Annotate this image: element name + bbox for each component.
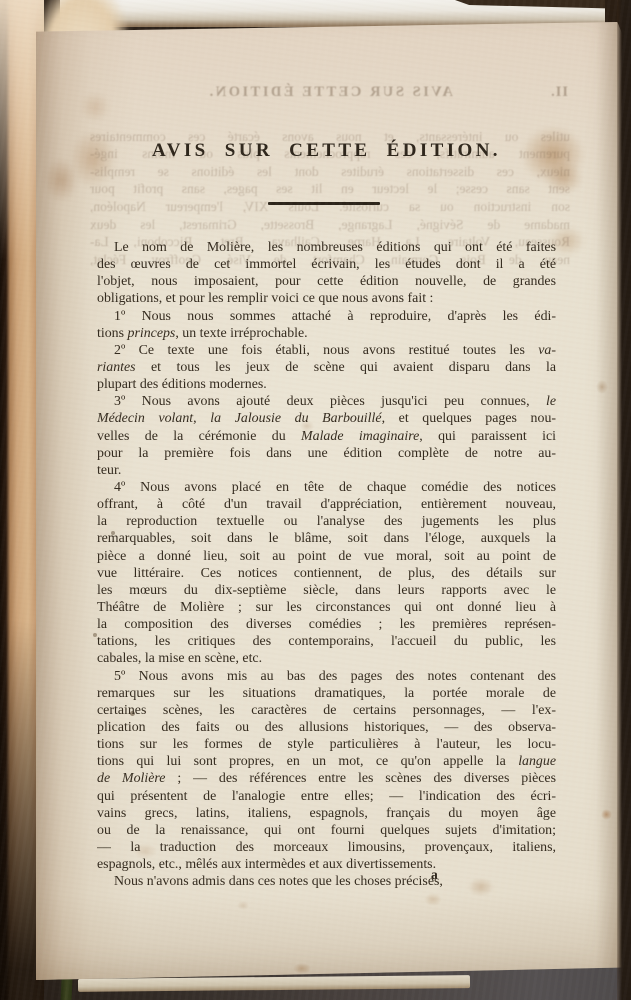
italic-run: de Molière xyxy=(97,771,165,786)
text-line: tions qui lui sont propres, en un mot, c… xyxy=(97,753,556,770)
text-line: l'objet, nous imposaient, pour cette édi… xyxy=(97,273,556,290)
italic-run: princeps xyxy=(128,326,176,341)
text-line: remarques sur les situations dramatiques… xyxy=(97,685,556,702)
text-run: obligations, et pour les remplir voici c… xyxy=(97,291,433,306)
text-line: remarquables, soit dans le blâme, soit d… xyxy=(97,530,556,547)
page-title: AVIS SUR CETTE ÉDITION. xyxy=(97,140,556,162)
italic-run: le xyxy=(546,394,556,409)
italic-run: Malade imaginaire xyxy=(301,429,419,444)
signature-mark: a xyxy=(431,867,438,883)
text-run: 3º Nous avons ajouté deux pièces jusqu'i… xyxy=(114,394,546,409)
text-line: 2º Ce texte une fois établi, nous avons … xyxy=(97,342,556,359)
text-line: — la traduction des morceaux limousins, … xyxy=(97,839,556,856)
text-line: des œuvres de cet immortel écrivain, les… xyxy=(97,256,556,273)
text-run: vue littéraire. Ces notices contiennent,… xyxy=(97,566,556,581)
text-line: vue littéraire. Ces notices contiennent,… xyxy=(97,565,556,582)
italic-run: riantes xyxy=(97,360,136,375)
text-run: offrant, à côté d'un travail d'appréciat… xyxy=(97,497,556,512)
text-line: de Molière ; — des références entre les … xyxy=(97,770,556,787)
text-line: tions sur les formes de style particuliè… xyxy=(97,736,556,753)
text-run: , xyxy=(193,411,210,426)
text-run: certaines scènes, les caractères de cert… xyxy=(97,703,556,718)
text-line: certaines scènes, les caractères de cert… xyxy=(97,702,556,719)
text-line: 4º Nous avons placé en tête de chaque co… xyxy=(97,479,556,496)
text-run: remarquables, soit dans le blâme, soit d… xyxy=(97,531,556,546)
text-line: tions princeps, un texte irréprochable. xyxy=(97,325,556,342)
text-line: tations, les critiques des contemporains… xyxy=(97,633,556,650)
italic-run: langue xyxy=(518,754,556,769)
text-line: riantes et tous les jeux de scène qui av… xyxy=(97,359,556,376)
text-run: des œuvres de cet immortel écrivain, les… xyxy=(97,257,556,272)
text-run: remarques sur les situations dramatiques… xyxy=(97,686,556,701)
text-run: cabales, la mise en scène, etc. xyxy=(97,651,262,666)
text-line: 3º Nous avons ajouté deux pièces jusqu'i… xyxy=(97,393,556,410)
text-run: teur. xyxy=(97,463,121,478)
text-run: , qui paraissent ici xyxy=(419,429,556,444)
text-line: espagnols, etc., mêlés aux intermèdes et… xyxy=(97,856,556,873)
text-run: plication des faits ou des allusions his… xyxy=(97,720,556,735)
text-line: plupart des éditions modernes. xyxy=(97,376,556,393)
text-line: 1º Nous nous sommes attaché à reproduire… xyxy=(97,308,556,325)
text-line: cabales, la mise en scène, etc. xyxy=(97,650,556,667)
text-run: tions xyxy=(97,326,128,341)
text-run: Nous n'avons admis dans ces notes que le… xyxy=(114,874,443,889)
text-run: Le nom de Molière, les nombreuses éditio… xyxy=(114,240,556,255)
text-run: qui présentent de l'analogie entre elles… xyxy=(97,789,556,804)
text-run: la composition des diverses comédies ; l… xyxy=(97,617,556,632)
text-line: 5º Nous avons mis au bas des pages des n… xyxy=(97,668,556,685)
text-run: , et quelques pages nou- xyxy=(382,411,556,426)
text-line: velles de la cérémonie du Malade imagina… xyxy=(97,428,556,445)
section-rule xyxy=(268,202,380,205)
text-line: offrant, à côté d'un travail d'appréciat… xyxy=(97,496,556,513)
text-run: velles de la cérémonie du xyxy=(97,429,301,444)
text-run: 4º Nous avons placé en tête de chaque co… xyxy=(114,480,556,495)
text-run: 5º Nous avons mis au bas des pages des n… xyxy=(114,669,556,684)
italic-run: Médecin volant xyxy=(97,411,193,426)
bookmark-ribbon xyxy=(61,978,73,1000)
text-run: 2º Ce texte une fois établi, nous avons … xyxy=(114,343,538,358)
text-line: obligations, et pour les remplir voici c… xyxy=(97,290,556,307)
text-run: — la traduction des morceaux limousins, … xyxy=(97,840,556,855)
text-line: teur. xyxy=(97,462,556,479)
text-run: espagnols, etc., mêlés aux intermèdes et… xyxy=(97,857,436,872)
cover-right-edge xyxy=(617,0,631,1000)
text-line: les mœurs du dix-septième siècle, dans l… xyxy=(97,582,556,599)
text-run: 1º Nous nous sommes attaché à reproduire… xyxy=(114,309,556,324)
text-run: pour la première fois dans une édition c… xyxy=(97,446,556,461)
italic-run: va- xyxy=(538,343,556,358)
text-run: , un texte irréprochable. xyxy=(175,326,307,341)
text-run: plupart des éditions modernes. xyxy=(97,377,267,392)
text-run: ou de la renaissance, qui ont fourni que… xyxy=(97,823,556,838)
italic-run: la Jalousie du Barbouillé xyxy=(210,411,381,426)
text-run: Théâtre de Molière ; sur les circonstanc… xyxy=(97,600,556,615)
text-line: plication des faits ou des allusions his… xyxy=(97,719,556,736)
text-line: Nous n'avons admis dans ces notes que le… xyxy=(97,873,556,890)
text-line: la reproduction textuelle ou l'analyse d… xyxy=(97,513,556,530)
text-run: les mœurs du dix-septième siècle, dans l… xyxy=(97,583,556,598)
text-run: tations, les critiques des contemporains… xyxy=(97,634,556,649)
text-line: pièce a donné lieu, soit au point de vue… xyxy=(97,548,556,565)
body-text: Le nom de Molière, les nombreuses éditio… xyxy=(97,239,556,890)
text-line: pour la première fois dans une édition c… xyxy=(97,445,556,462)
text-run: vains grecs, latins, italiens, espagnols… xyxy=(97,806,556,821)
text-run: tions sur les formes de style particuliè… xyxy=(97,737,556,752)
text-run: pièce a donné lieu, soit au point de vue… xyxy=(97,549,556,564)
text-run: la reproduction textuelle ou l'analyse d… xyxy=(97,514,556,529)
text-line: la composition des diverses comédies ; l… xyxy=(97,616,556,633)
text-line: Théâtre de Molière ; sur les circonstanc… xyxy=(97,599,556,616)
text-line: Médecin volant, la Jalousie du Barbouill… xyxy=(97,410,556,427)
text-run: et tous les jeux de scène qui avaient di… xyxy=(136,360,556,375)
text-line: vains grecs, latins, italiens, espagnols… xyxy=(97,805,556,822)
text-line: Le nom de Molière, les nombreuses éditio… xyxy=(97,239,556,256)
text-run: ; — des références entre les scènes des … xyxy=(165,771,556,786)
text-line: ou de la renaissance, qui ont fourni que… xyxy=(97,822,556,839)
text-run: tions qui lui sont propres, en un mot, c… xyxy=(97,754,518,769)
text-line: qui présentent de l'analogie entre elles… xyxy=(97,788,556,805)
text-run: l'objet, nous imposaient, pour cette édi… xyxy=(97,274,556,289)
